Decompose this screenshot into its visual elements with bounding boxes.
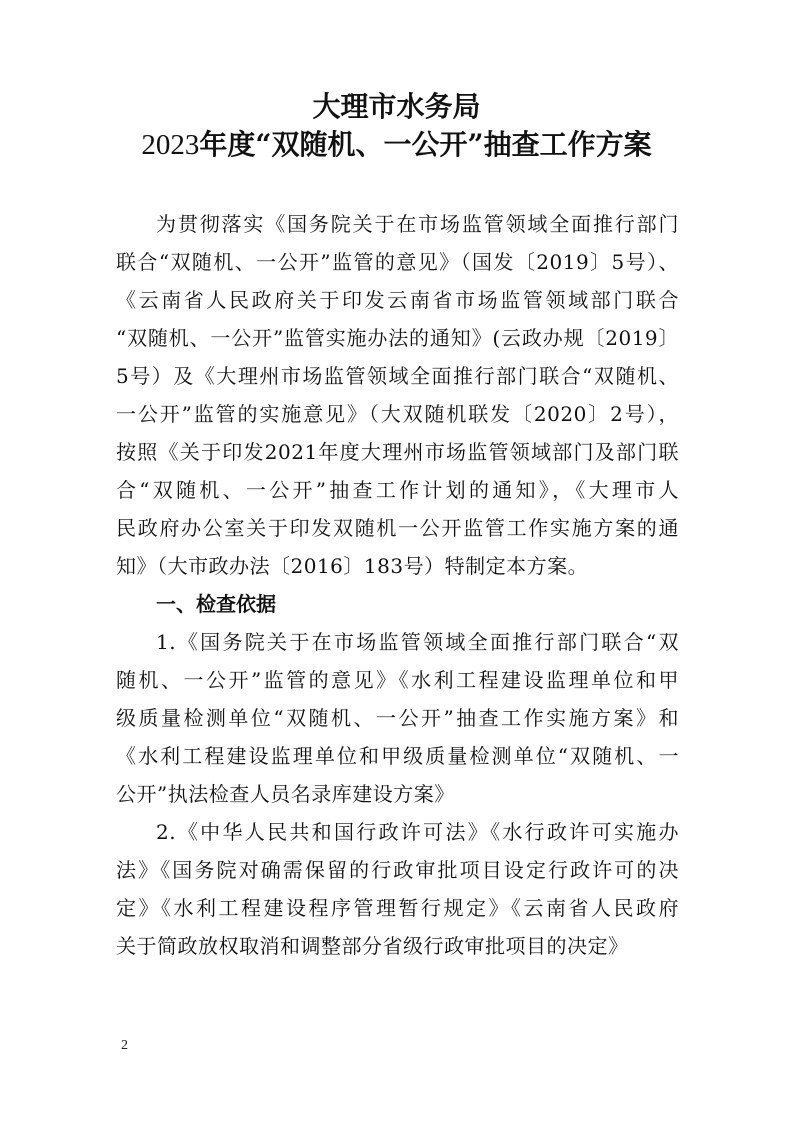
title-year: 2023 — [141, 129, 199, 161]
text-line: 2.《中华人民共和国行政许可法》《水行政许可实施办 — [116, 813, 679, 851]
text-line: 公开”执法检查人员名录库建设方案》 — [116, 775, 679, 813]
title-plan: 2023年度“双随机、一公开”抽查工作方案 — [0, 126, 793, 164]
text-line: 法》《国务院对确需保留的行政审批项目设定行政许可的决 — [116, 851, 679, 889]
document-title: 大理市水务局 2023年度“双随机、一公开”抽查工作方案 — [0, 88, 793, 164]
page-number: 2 — [121, 1038, 128, 1054]
text-line: 随机、一公开”监管的意见》《水利工程建设监理单位和甲 — [116, 661, 679, 699]
text-line: 联合“双随机、一公开”监管的意见》（国发〔2019〕5号）、 — [116, 243, 679, 281]
intro-paragraph: 为贯彻落实《国务院关于在市场监管领域全面推行部门 联合“双随机、一公开”监管的意… — [116, 205, 679, 585]
text-line: “双随机、一公开”监管实施办法的通知》(云政办规〔2019〕 — [116, 319, 679, 357]
basis-item-2: 2.《中华人民共和国行政许可法》《水行政许可实施办 法》《国务院对确需保留的行政… — [116, 813, 679, 965]
title-agency: 大理市水务局 — [0, 88, 793, 126]
text-line: 《水利工程建设监理单位和甲级质量检测单位“双随机、一 — [116, 737, 679, 775]
text-line: 5号）及《大理州市场监管领域全面推行部门联合“双随机、 — [116, 357, 679, 395]
title-plan-text: 年度“双随机、一公开”抽查工作方案 — [199, 128, 651, 161]
text-line: 关于简政放权取消和调整部分省级行政审批项目的决定》 — [116, 927, 679, 965]
text-line: 1.《国务院关于在市场监管领域全面推行部门联合“双 — [116, 623, 679, 661]
text-line: 定》《水利工程建设程序管理暂行规定》《云南省人民政府 — [116, 889, 679, 927]
text-line: 民政府办公室关于印发双随机一公开监管工作实施方案的通 — [116, 509, 679, 547]
text-line: 按照《关于印发2021年度大理州市场监管领域部门及部门联 — [116, 433, 679, 471]
text-line: 一公开”监管的实施意见》（大双随机联发〔2020〕2号）， — [116, 395, 679, 433]
text-line: 合“双随机、一公开”抽查工作计划的通知》，《大理市人 — [116, 471, 679, 509]
text-line: 级质量检测单位“双随机、一公开”抽查工作实施方案》和 — [116, 699, 679, 737]
section-heading-inspection-basis: 一、检查依据 — [116, 585, 679, 623]
document-body: 为贯彻落实《国务院关于在市场监管领域全面推行部门 联合“双随机、一公开”监管的意… — [116, 205, 679, 965]
text-line: 为贯彻落实《国务院关于在市场监管领域全面推行部门 — [116, 205, 679, 243]
text-line: 知》（大市政办法〔2016〕183号）特制定本方案。 — [116, 547, 679, 585]
basis-item-1: 1.《国务院关于在市场监管领域全面推行部门联合“双 随机、一公开”监管的意见》《… — [116, 623, 679, 813]
text-line: 《云南省人民政府关于印发云南省市场监管领域部门联合 — [116, 281, 679, 319]
